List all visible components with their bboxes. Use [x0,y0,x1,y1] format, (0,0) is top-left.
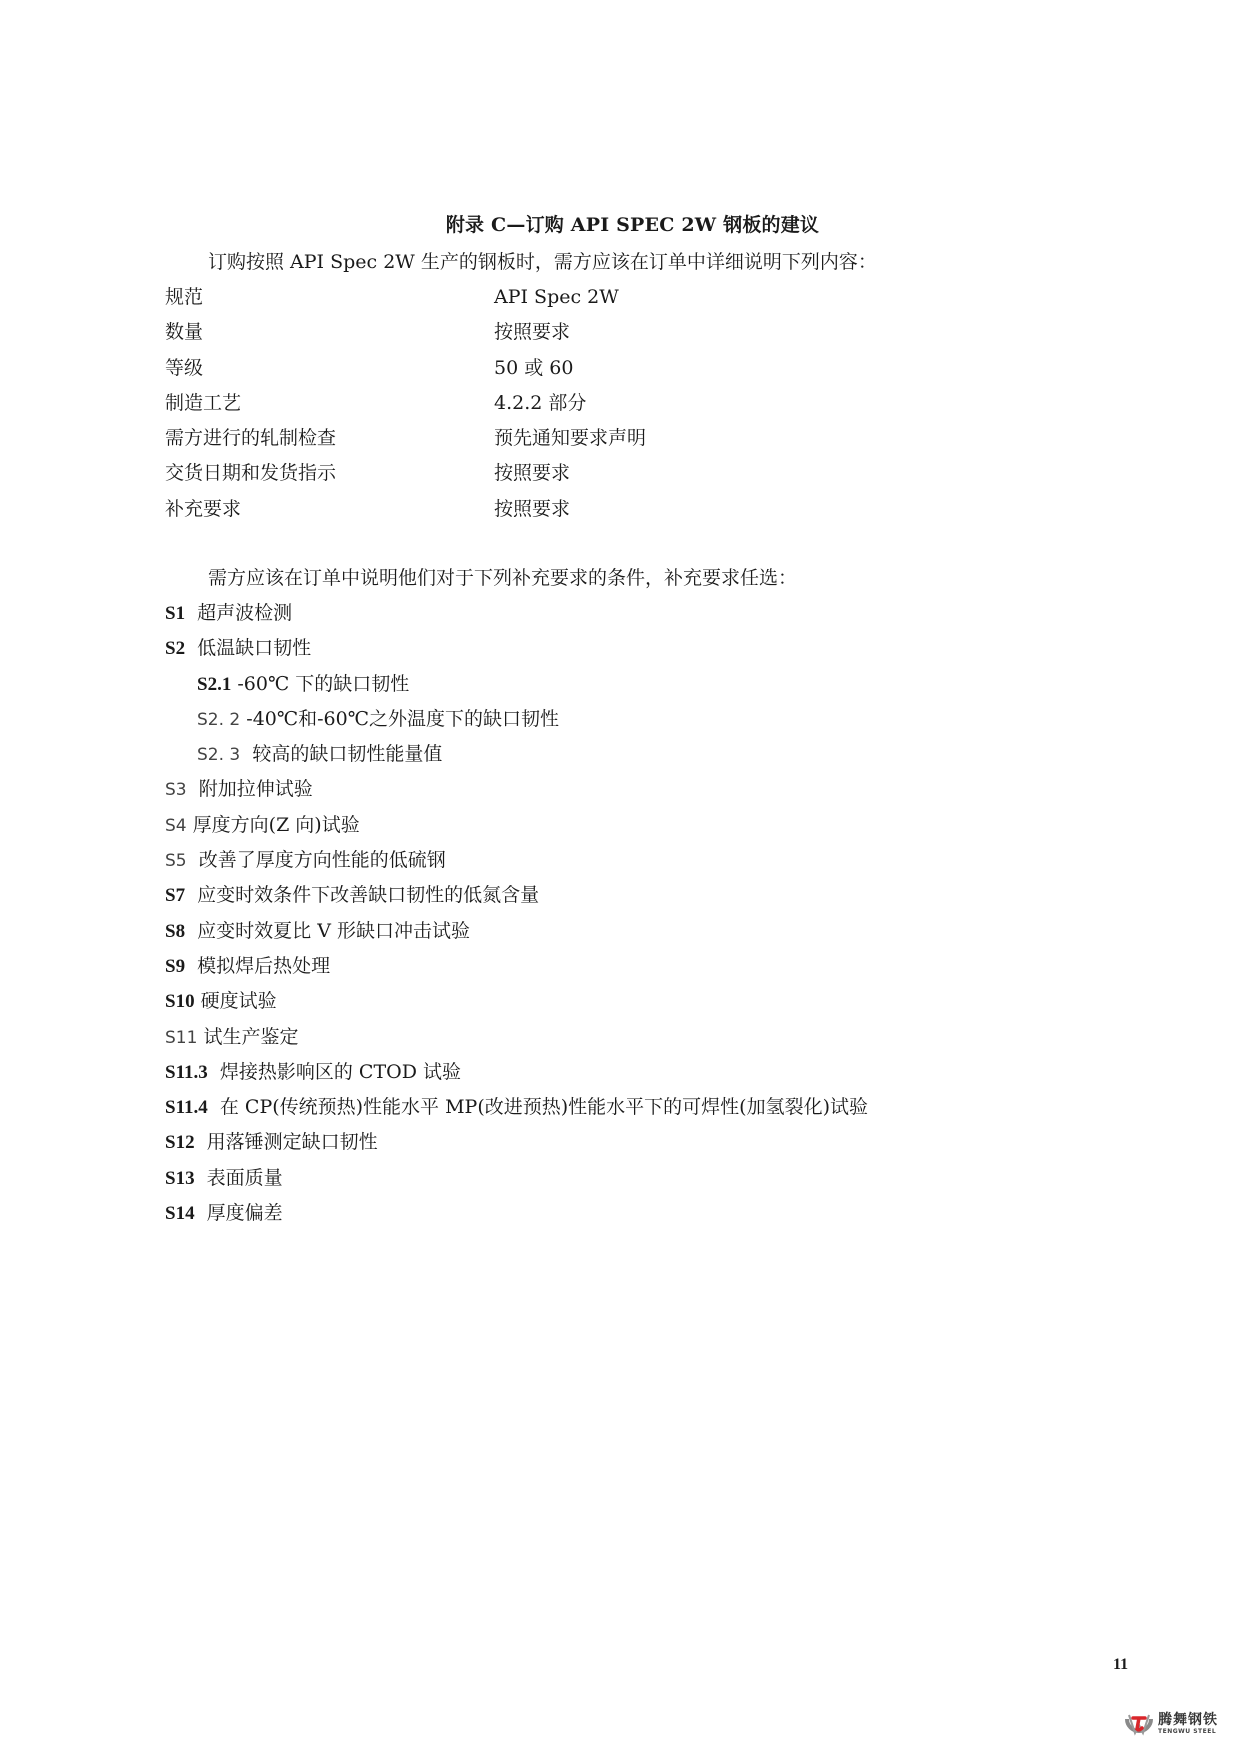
supplementary-requirements-list: S1 超声波检测 S2 低温缺口韧性 S2.1 -60℃ 下的缺口韧性 S2. … [165,600,868,1235]
spec-value: 按照要求 [494,496,570,522]
req-text: 应变时效条件下改善缺口韧性的低氮含量 [197,884,539,906]
intro-paragraph: 订购按照 API Spec 2W 生产的钢板时，需方应该在订单中详细说明下列内容… [208,249,877,275]
req-code: S5 [165,851,187,871]
req-code: S10 [165,991,195,1012]
logo-name-cn: 腾舞钢铁 [1158,1713,1218,1727]
list-item: S12 用落锤测定缺口韧性 [165,1129,868,1164]
req-text: 硬度试验 [201,990,277,1012]
spec-value: 4.2.2 部分 [494,390,586,416]
req-code: S2 [165,638,185,659]
req-text: 焊接热影响区的 CTOD 试验 [220,1061,461,1083]
req-text: -40℃和-60℃之外温度下的缺口韧性 [246,708,559,730]
list-item: S14 厚度偏差 [165,1200,868,1235]
req-text: 表面质量 [207,1167,283,1189]
req-text: 超声波检测 [197,602,292,624]
list-item: S8 应变时效夏比 V 形缺口冲击试验 [165,918,868,953]
req-code: S2. 2 [197,710,240,730]
spec-key: 等级 [165,355,203,381]
list-item: S4 厚度方向(Z 向)试验 [165,812,868,847]
supplementary-intro: 需方应该在订单中说明他们对于下列补充要求的条件，补充要求任选： [208,565,797,591]
spec-key: 交货日期和发货指示 [165,460,336,486]
req-code: S11 [165,1028,197,1048]
req-text: 模拟焊后热处理 [197,955,330,977]
list-item: S2.1 -60℃ 下的缺口韧性 [165,671,868,706]
req-text: 用落锤测定缺口韧性 [207,1131,378,1153]
req-code: S14 [165,1203,195,1224]
page-number: 11 [1113,1656,1128,1674]
list-item: S7 应变时效条件下改善缺口韧性的低氮含量 [165,882,868,917]
req-code: S9 [165,956,185,977]
req-code: S1 [165,603,185,624]
req-code: S3 [165,780,187,800]
spec-value: 预先通知要求声明 [494,425,646,451]
spec-value: 50 或 60 [494,355,573,381]
req-code: S2. 3 [197,745,240,765]
req-text: 在 CP(传统预热)性能水平 MP(改进预热)性能水平下的可焊性(加氢裂化)试验 [220,1096,868,1118]
page-title: 附录 C—订购 API SPEC 2W 钢板的建议 [0,212,1240,238]
tengwu-logo-icon [1124,1709,1154,1739]
list-item: S9 模拟焊后热处理 [165,953,868,988]
spec-key: 制造工艺 [165,390,241,416]
req-code: S2.1 [197,674,231,695]
company-logo: 腾舞钢铁 TENGWU STEEL [1124,1704,1234,1744]
req-text: 试生产鉴定 [203,1026,298,1048]
list-item: S5 改善了厚度方向性能的低硫钢 [165,847,868,882]
list-item: S1 超声波检测 [165,600,868,635]
list-item: S2. 2 -40℃和-60℃之外温度下的缺口韧性 [165,706,868,741]
req-code: S7 [165,885,185,906]
spec-key: 规范 [165,284,203,310]
req-text: 厚度偏差 [207,1202,283,1224]
spec-key: 补充要求 [165,496,241,522]
req-code: S11.3 [165,1062,208,1083]
list-item: S3 附加拉伸试验 [165,776,868,811]
list-item: S10 硬度试验 [165,988,868,1023]
list-item: S11.4 在 CP(传统预热)性能水平 MP(改进预热)性能水平下的可焊性(加… [165,1094,868,1129]
req-text: 改善了厚度方向性能的低硫钢 [199,849,446,871]
req-text: 应变时效夏比 V 形缺口冲击试验 [197,920,470,942]
spec-key: 数量 [165,319,203,345]
req-text: -60℃ 下的缺口韧性 [237,673,409,695]
list-item: S13 表面质量 [165,1165,868,1200]
list-item: S2. 3 较高的缺口韧性能量值 [165,741,868,776]
logo-name-en: TENGWU STEEL [1158,1729,1218,1735]
spec-key: 需方进行的轧制检查 [165,425,336,451]
req-code: S13 [165,1168,195,1189]
req-text: 厚度方向(Z 向)试验 [193,814,360,836]
req-code: S8 [165,921,185,942]
req-text: 较高的缺口韧性能量值 [252,743,442,765]
req-text: 附加拉伸试验 [199,778,313,800]
req-code: S12 [165,1132,195,1153]
spec-value: 按照要求 [494,460,570,486]
spec-value: API Spec 2W [494,284,619,310]
req-text: 低温缺口韧性 [197,637,311,659]
list-item: S11 试生产鉴定 [165,1024,868,1059]
list-item: S11.3 焊接热影响区的 CTOD 试验 [165,1059,868,1094]
req-code: S11.4 [165,1097,208,1118]
list-item: S2 低温缺口韧性 [165,635,868,670]
spec-value: 按照要求 [494,319,570,345]
req-code: S4 [165,816,187,836]
